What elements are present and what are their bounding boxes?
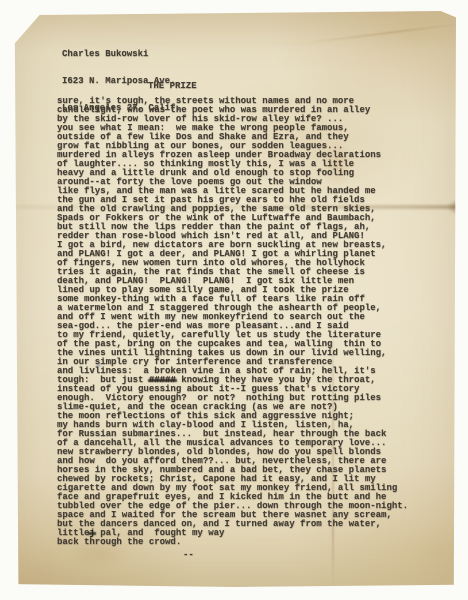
end-mark: -- (183, 551, 194, 560)
poem-line: back through the crowd. (57, 538, 408, 547)
author-name: Charles Bukowski (62, 50, 181, 59)
poem-body: sure, it's tough, the streets without na… (57, 97, 408, 547)
struck-out-text: ##### (149, 375, 176, 385)
struck-out-text: j (89, 528, 94, 538)
fold-crease-diagonal (295, 23, 464, 46)
edge-notch (432, 197, 458, 217)
poem-title: THE PRIZE (148, 82, 197, 91)
letter-page: Charles Bukowski I623 N. Mariposa Ave. L… (14, 11, 456, 587)
